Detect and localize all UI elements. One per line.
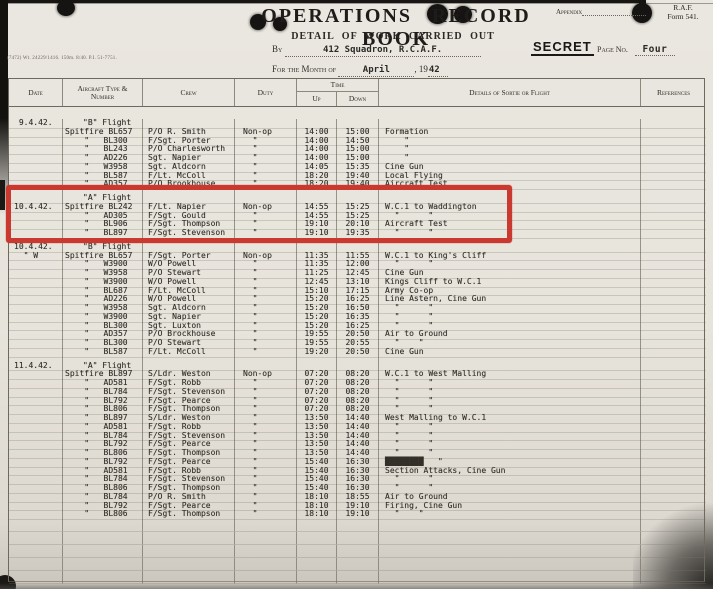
cell-crew (143, 558, 235, 571)
cell-up (297, 558, 337, 571)
cell-duty (235, 519, 297, 532)
page-subtitle: DETAIL OF WORK CARRIED OUT (258, 31, 528, 42)
cell-details (379, 571, 641, 584)
scan-edge-left-mark (0, 180, 5, 210)
month-value: April (338, 65, 414, 77)
squadron-field: By 412 Squadron, R.C.A.F. (272, 44, 481, 57)
empty-row (9, 558, 704, 571)
form-number: Form 541. (658, 13, 708, 22)
cell-aircraft (63, 558, 143, 571)
cell-up (297, 571, 337, 584)
cell-details (379, 519, 641, 532)
cell-down (337, 545, 379, 558)
form-reference: R.A.F. Form 541. (658, 4, 708, 21)
table-body: 9.4.42."B" FlightSpitfire BL657P/O R. Sm… (9, 107, 704, 584)
month-field: For the Month of April, 1942 (272, 64, 448, 77)
cell-aircraft (63, 571, 143, 584)
cell-aircraft (63, 532, 143, 545)
empty-row (9, 571, 704, 584)
secret-stamp: SECRET (531, 39, 594, 56)
table-row: " BL897F/Sgt. Stevenson "19:1019:35 " " (9, 229, 704, 238)
empty-row (9, 545, 704, 558)
cell-down (337, 558, 379, 571)
cell-down (337, 519, 379, 532)
scan-edge-top-shadow (0, 3, 713, 4)
cell-up (297, 519, 337, 532)
appendix-field: Appendix (556, 8, 646, 16)
cell-details (379, 558, 641, 571)
cell-references (641, 545, 706, 558)
cell-date (9, 532, 63, 545)
punch-hole-icon (57, 0, 75, 16)
cell-duty (235, 532, 297, 545)
year-value: 42 (428, 65, 448, 77)
month-label: For the Month of (272, 64, 336, 74)
cell-crew (143, 519, 235, 532)
cell-down (337, 571, 379, 584)
header-duty: Duty (235, 79, 297, 106)
header-time-up: Up (297, 92, 337, 106)
page-number-field: Page No. Four (597, 44, 675, 56)
cell-aircraft (63, 545, 143, 558)
table-header: Date Aircraft Type & Number Crew Duty Ti… (9, 79, 704, 107)
table-row: " AD357P/O Brookhouse "18:2019:40Aircraf… (9, 180, 704, 189)
operations-table: Date Aircraft Type & Number Crew Duty Ti… (8, 78, 705, 582)
cell-details (379, 532, 641, 545)
cell-date (9, 519, 63, 532)
table-row: " BL587F/Lt. McColl "19:2020:50Cine Gun (9, 348, 704, 357)
appendix-blank-line (582, 8, 646, 16)
header-time-down: Down (337, 92, 379, 106)
header-time: Time (297, 79, 379, 92)
cell-date (9, 558, 63, 571)
header-references: References (641, 79, 706, 106)
cell-duty (235, 558, 297, 571)
cell-duty (235, 571, 297, 584)
cell-references (641, 558, 706, 571)
cell-references (641, 532, 706, 545)
header-crew: Crew (143, 79, 235, 106)
cell-up (297, 532, 337, 545)
table-row: " BL806F/Sgt. Thompson "18:1019:10 " " (9, 510, 704, 519)
by-label: By (272, 44, 282, 54)
header-aircraft: Aircraft Type & Number (63, 79, 143, 106)
page-number-label: Page No. (597, 45, 628, 54)
cell-duty (235, 545, 297, 558)
appendix-label: Appendix (556, 8, 582, 16)
header-details: Details of Sortie or Flight (379, 79, 641, 106)
cell-date (9, 545, 63, 558)
cell-details (379, 545, 641, 558)
squadron-value: 412 Squadron, R.C.A.F. (285, 45, 481, 57)
empty-row (9, 519, 704, 532)
cell-down (337, 532, 379, 545)
cell-references (641, 519, 706, 532)
cell-crew (143, 571, 235, 584)
year-prefix: , 19 (414, 64, 428, 74)
cell-date (9, 571, 63, 584)
cell-references (641, 571, 706, 584)
form-print-code: (7472) Wt. 24229/1416. 150m. 8/40. P.I. … (7, 56, 117, 61)
header-date: Date (9, 79, 63, 106)
cell-crew (143, 532, 235, 545)
page-number-value: Four (635, 44, 675, 56)
cell-up (297, 545, 337, 558)
empty-row (9, 532, 704, 545)
cell-aircraft (63, 519, 143, 532)
cell-crew (143, 545, 235, 558)
operations-record-book-page: (7472) Wt. 24229/1416. 150m. 8/40. P.I. … (0, 0, 713, 589)
